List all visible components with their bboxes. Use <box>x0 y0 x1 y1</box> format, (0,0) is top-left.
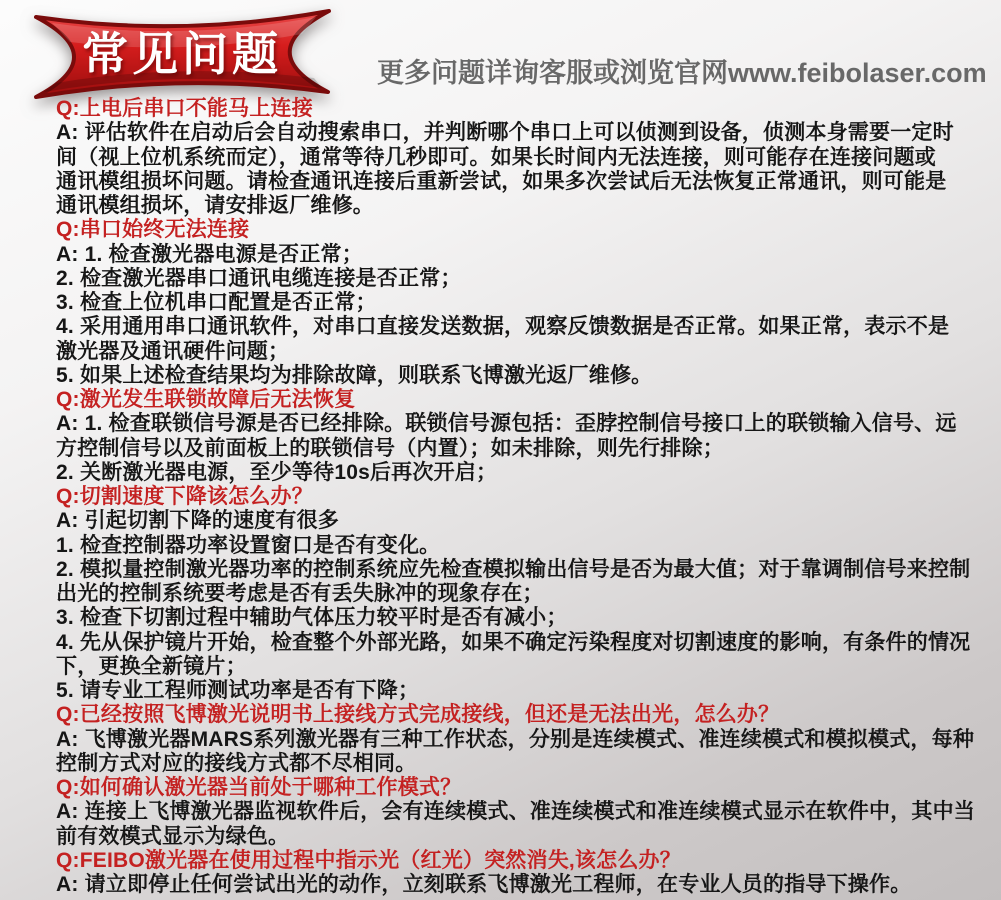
answer-line: 方控制信号以及前面板上的联锁信号（内置）；如未排除，则先行排除； <box>56 437 993 461</box>
question-line: Q:FEIBO激光器在使用过程中指示光（红光）突然消失,该怎么办？ <box>56 849 993 873</box>
question-line: Q:如何确认激光器当前处于哪种工作模式？ <box>56 776 993 800</box>
answer-line: 1. 检查控制器功率设置窗口是否有变化。 <box>56 534 993 558</box>
answer-line: 激光器及通讯硬件问题； <box>56 340 993 364</box>
answer-line: 2. 模拟量控制激光器功率的控制系统应先检查模拟输出信号是否为最大值；对于靠调制… <box>56 558 993 582</box>
question-line: Q:串口始终无法连接 <box>56 218 993 242</box>
answer-line: A: 飞博激光器MARS系列激光器有三种工作状态，分别是连续模式、准连续模式和模… <box>56 728 993 752</box>
answer-line: A: 连接上飞博激光器监视软件后，会有连续模式、准连续模式和准连续模式显示在软件… <box>56 800 993 824</box>
answer-line: 控制方式对应的接线方式都不尽相同。 <box>56 752 993 776</box>
answer-line: 2. 检查激光器串口通讯电缆连接是否正常； <box>56 267 993 291</box>
answer-line: 前有效模式显示为绿色。 <box>56 825 993 849</box>
answer-line: 出光的控制系统要考虑是否有丢失脉冲的现象存在； <box>56 582 993 606</box>
answer-line: 3. 检查上位机串口配置是否正常； <box>56 291 993 315</box>
answer-line: 通讯模组损坏问题。请检查通讯连接后重新尝试，如果多次尝试后无法恢复正常通讯，则可… <box>56 170 993 194</box>
question-line: Q:上电后串口不能马上连接 <box>56 97 993 121</box>
faq-list: Q:上电后串口不能马上连接A: 评估软件在启动后会自动搜索串口，并判断哪个串口上… <box>56 97 993 897</box>
answer-line: A: 1. 检查联锁信号源是否已经排除。联锁信号源包括：歪脖控制信号接口上的联锁… <box>56 412 993 436</box>
answer-line: A: 评估软件在启动后会自动搜索串口，并判断哪个串口上可以侦测到设备，侦测本身需… <box>56 121 993 145</box>
answer-line: A: 引起切割下降的速度有很多 <box>56 509 993 533</box>
question-line: Q:激光发生联锁故障后无法恢复 <box>56 388 993 412</box>
answer-line: 5. 请专业工程师测试功率是否有下降； <box>56 679 993 703</box>
support-note: 更多问题详询客服或浏览官网www.feibolaser.com <box>377 51 987 90</box>
answer-line: 4. 先从保护镜片开始，检查整个外部光路，如果不确定污染程度对切割速度的影响，有… <box>56 631 993 655</box>
question-line: Q:已经按照飞博激光说明书上接线方式完成接线，但还是无法出光，怎么办？ <box>56 703 993 727</box>
answer-line: 4. 采用通用串口通讯软件，对串口直接发送数据，观察反馈数据是否正常。如果正常，… <box>56 315 993 339</box>
answer-line: 间（视上位机系统而定），通常等待几秒即可。如果长时间内无法连接，则可能存在连接问… <box>56 146 993 170</box>
question-line: Q:切割速度下降该怎么办？ <box>56 485 993 509</box>
answer-line: 5. 如果上述检查结果均为排除故障，则联系飞博激光返厂维修。 <box>56 364 993 388</box>
page-title: 常见问题 <box>30 6 334 100</box>
answer-line: 下，更换全新镜片； <box>56 655 993 679</box>
answer-line: A: 1. 检查激光器电源是否正常； <box>56 243 993 267</box>
answer-line: 3. 检查下切割过程中辅助气体压力较平时是否有减小； <box>56 606 993 630</box>
answer-line: 2. 关断激光器电源，至少等待10s后再次开启； <box>56 461 993 485</box>
faq-page: { "header": { "ribbon_title": "常见问题", "n… <box>0 0 1001 900</box>
answer-line: A: 请立即停止任何尝试出光的动作，立刻联系飞博激光工程师，在专业人员的指导下操… <box>56 873 993 897</box>
answer-line: 通讯模组损坏，请安排返厂维修。 <box>56 194 993 218</box>
